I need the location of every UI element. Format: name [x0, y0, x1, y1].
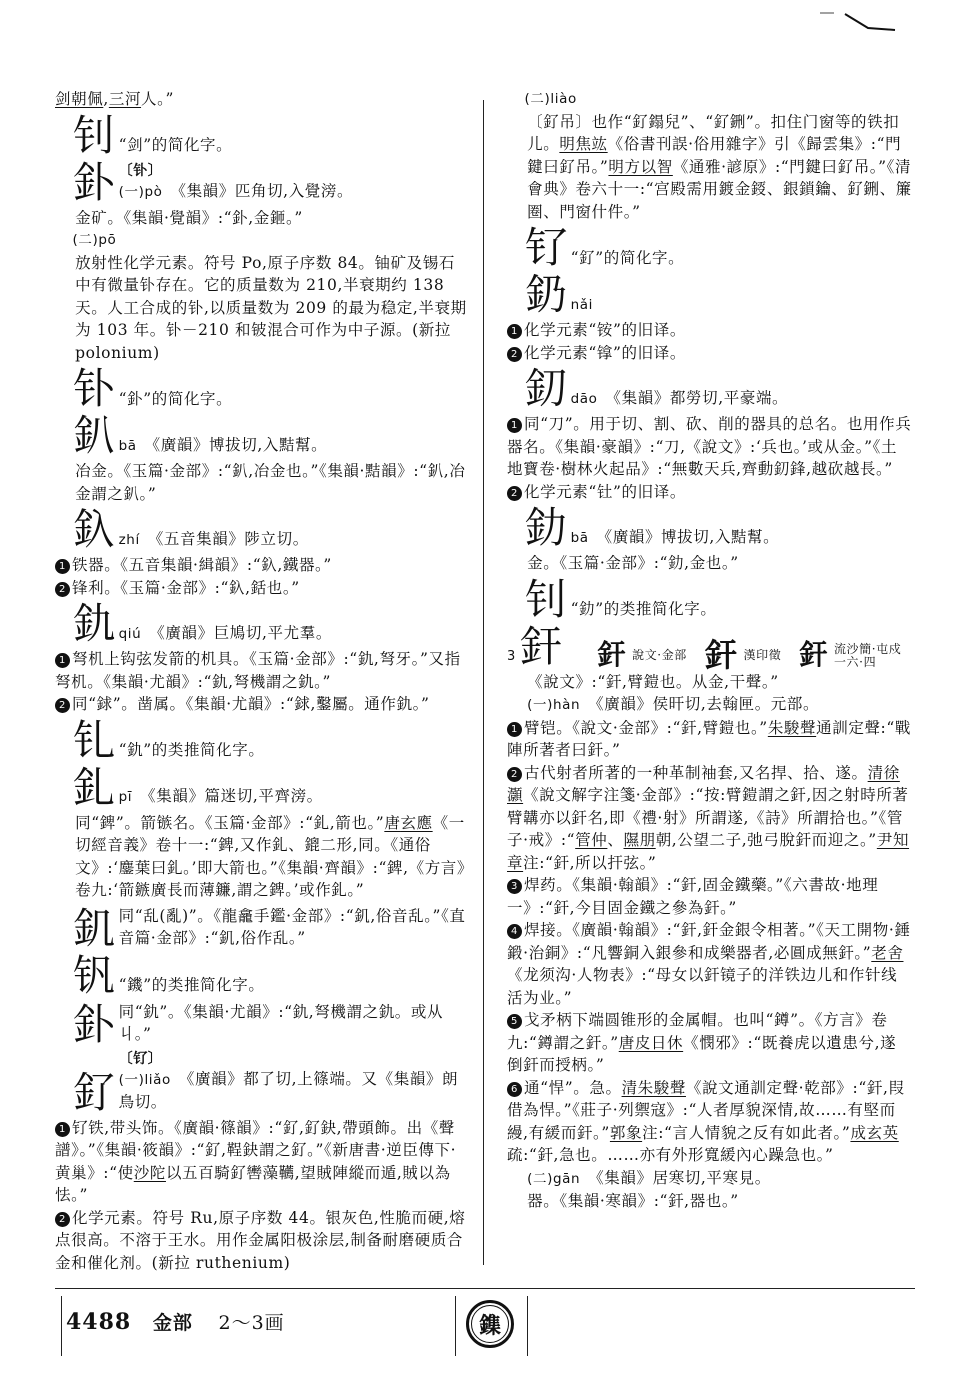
pinyin: (二)liào — [507, 88, 904, 111]
fanqie: 《集韻》居寒切,平寒見。 — [588, 1169, 771, 1187]
headword: 釓 — [73, 766, 116, 810]
headword: 釠 — [73, 907, 116, 951]
pinyin: bā — [571, 530, 589, 546]
seal-character: 鏶 — [479, 1309, 501, 1340]
definition: 放射性化学元素。符号 Po,原子序数 84。铀矿及锡石中有微量钋存在。它的质量数… — [55, 252, 470, 365]
entry-head: 釞 zhí《五音集韻》陟立切。 — [55, 508, 470, 552]
sense-number-icon: 2 — [507, 767, 522, 782]
fanqie: 《集韻》都勞切,平豪端。 — [606, 389, 789, 407]
shuowen-quote: 《說文》:“釬,臂鎧也。从金,干聲。” — [507, 671, 912, 694]
person-name: 明方以智 — [608, 158, 672, 176]
sense-number-icon: 1 — [507, 418, 522, 433]
seal-script-glyph: 釬 — [597, 644, 626, 667]
person-name: 剑朝佩 — [55, 90, 103, 108]
form-source: 漢印徵 — [744, 649, 782, 662]
radical-label: 金部 — [153, 1312, 193, 1334]
sense: 古代射者所著的一种革制袖套,又名捍、拾、遂。 — [524, 764, 868, 782]
sense: 同“刀”。用于切、割、砍、削的器具的总名。也用作兵器名。《集韻·豪韻》:“刀,《… — [507, 415, 911, 478]
sense: 通“悍”。急。 — [524, 1079, 622, 1097]
page-footer: 4488 金部 2～3画 — [66, 1308, 285, 1335]
sense: 同“銶”。凿属。《集韻·尤韻》:“銶,鑿屬。通作釚。” — [72, 695, 429, 713]
entry-head: 釟 bā《廣韻》博拔切,入黠幫。 — [55, 414, 470, 458]
form-source: 流沙簡·屯戍 — [834, 643, 901, 656]
definition: 金矿。《集韻·覺韻》:“釙,金鉔。” — [55, 207, 470, 230]
entry-head: 釕 〔钌〕 (一)liǎo《廣韻》都了切,上篠端。又《集韻》朗鳥切。 — [55, 1050, 470, 1115]
definition: “剑”的简化字。 — [119, 134, 233, 158]
sense-number-icon: 4 — [507, 924, 522, 939]
definition: 金。《玉篇·金部》:“釛,金也。” — [507, 552, 912, 575]
sense-number-icon: 2 — [507, 486, 522, 501]
right-column: (二)liào 〔釕吊〕也作“釕鎉兒”、“釕鉶”。扣住门窗等的铁扣儿。明焦竑《俗… — [507, 88, 912, 1213]
fanqie: 《廣韻》侯旰切,去翰匣。元部。 — [588, 695, 819, 713]
sense: 化学元素“镎”的旧译。 — [524, 344, 686, 362]
pinyin: dāo — [571, 391, 598, 407]
sense: 焊接。《廣韻·翰韻》:“釬,釬金銀令相著。”《天工開物·錘鍛·治銅》:“凡響銅入… — [507, 921, 911, 962]
fanqie: 《五音集韻》陟立切。 — [148, 530, 309, 548]
simplified-form: 〔钋〕 — [119, 162, 354, 180]
person-name: 唐皮日休 — [619, 1034, 683, 1052]
person-name: 老舍 — [871, 944, 903, 962]
entry-head: 3 釬 釬 說文·金部 釬 漢印徵 釬 流沙簡·屯戍 一六·四 — [507, 625, 912, 669]
pinyin: nǎi — [571, 294, 593, 318]
sense-number-icon: 1 — [507, 722, 522, 737]
seal-glyph: 釬 — [705, 644, 738, 667]
headword: 釞 — [73, 508, 116, 552]
person-name: 清朱駿聲 — [622, 1079, 686, 1097]
text: 朝,公望二子,弛弓脫釬而迎之。” — [656, 831, 877, 849]
person-name: 管仲 — [575, 831, 607, 849]
pinyin: (一)hàn — [527, 697, 580, 713]
text: 《龙须沟·人物表》:“母女以釬镜子的洋铁边儿和作针线活为业。” — [507, 966, 897, 1007]
dynasty: 唐 — [384, 814, 400, 832]
form-source: 一六·四 — [834, 656, 901, 669]
stroke-range: 2～3画 — [219, 1312, 285, 1334]
fanqie: 《集韻》匹角切,入覺滂。 — [170, 182, 353, 200]
entry-head: 釛 bā《廣韻》博拔切,入黠幫。 — [507, 506, 912, 550]
headword: 钆 — [73, 719, 116, 763]
entry-head: 釓 pī《集韻》篇迷切,平齊滂。 — [55, 766, 470, 810]
sense-number-icon: 2 — [55, 698, 70, 713]
headword: 釙 — [73, 1003, 116, 1047]
definition: “釛”的类推简化字。 — [571, 598, 717, 622]
headword: 釙 — [73, 161, 116, 205]
sense-number-icon: 2 — [507, 347, 522, 362]
entry-head: 钆 “釚”的类推简化字。 — [55, 719, 470, 763]
definition: “釚”的类推简化字。 — [119, 739, 265, 763]
entry-head: 釢 nǎi — [507, 273, 912, 317]
sense: 臂铠。《說文·金部》:“釬,臂鎧也。” — [524, 719, 768, 737]
person-name: 玄應 — [400, 814, 432, 832]
continued-line: 剑朝佩,三河人。” — [55, 88, 470, 111]
sense: 弩机上钩弦发箭的机具。《玉篇·金部》:“釚,弩牙。”又指弩机。《集韻·尤韻》:“… — [55, 650, 461, 691]
definition: “鐖”的类推简化字。 — [119, 974, 265, 998]
bamboo-slip-glyph: 釬 — [799, 644, 828, 667]
definition: 器。《集韻·寒韻》:“釬,器也。” — [507, 1190, 912, 1213]
entry-head: 钌 “釕”的简化字。 — [507, 226, 912, 270]
fanqie: 《廣韻》巨鳩切,平尤羣。 — [149, 624, 332, 642]
footer-rule — [55, 1288, 915, 1289]
sense-number-icon: 3 — [507, 879, 522, 894]
person-name: 隰朋 — [624, 831, 656, 849]
footer-divider — [527, 1296, 528, 1356]
pinyin: qiú — [119, 626, 142, 642]
headword: 釬 — [520, 625, 563, 669]
sense-number-icon: 6 — [507, 1082, 522, 1097]
fanqie: 《集韻》篇迷切,平齊滂。 — [140, 787, 323, 805]
sense: 化学元素“铵”的旧译。 — [524, 321, 686, 339]
entry-head: 钊 “釛”的类推简化字。 — [507, 578, 912, 622]
sense: 铁器。《五音集韻·緝韻》:“釞,鐵器。” — [72, 556, 332, 574]
entry-head: 釚 qiú《廣韻》巨鳩切,平尤羣。 — [55, 602, 470, 646]
entry-head: 钊 “剑”的简化字。 — [55, 114, 470, 158]
headword: 钒 — [73, 954, 116, 998]
definition: “釕”的简化字。 — [571, 247, 685, 271]
headword: 釢 — [525, 273, 568, 317]
sense-number-icon: 5 — [507, 1014, 522, 1029]
form-source: 說文·金部 — [632, 649, 687, 662]
sense-number-icon: 1 — [507, 324, 522, 339]
person-name: 沙陀 — [134, 1164, 166, 1182]
fanqie: 《廣韻》博拔切,入黠幫。 — [597, 528, 780, 546]
column-divider — [483, 100, 484, 1265]
text: 同“錍”。箭镞名。《玉篇·金部》:“釓,箭也。” — [75, 814, 384, 832]
entry-head: 钒 “鐖”的类推简化字。 — [55, 954, 470, 998]
person-name: 成玄英 — [850, 1124, 898, 1142]
definition: 同“錍”。箭镞名。《玉篇·金部》:“釓,箭也。”唐玄應《一切經音義》卷十一:“錍… — [55, 812, 470, 902]
text: 人。” — [141, 90, 174, 108]
headword: 釛 — [525, 506, 568, 550]
definition: 冶金。《玉篇·金部》:“釟,冶金也。”《集韻·黠韻》:“釟,冶金謂之釟。” — [55, 460, 470, 505]
simplified-form: 〔钌〕 — [119, 1050, 470, 1068]
entry-head: 钋 “釙”的简化字。 — [55, 367, 470, 411]
seal-logo-icon: 鏶 — [466, 1300, 514, 1348]
pinyin: bā — [119, 438, 137, 454]
pinyin: pī — [119, 789, 133, 805]
left-column: 剑朝佩,三河人。” 钊 “剑”的简化字。 釙 〔钋〕 (一)pò《集韻》匹角切,… — [55, 88, 470, 1274]
sense-number-icon: 2 — [55, 1212, 70, 1227]
definition: 同“釚”。《集韻·尤韻》:“釚,弩機謂之釚。或从丩。” — [119, 1001, 470, 1047]
headword: 钋 — [73, 367, 116, 411]
entry-head: 釙 〔钋〕 (一)pò《集韻》匹角切,入覺滂。 — [55, 161, 470, 205]
headword: 釕 — [73, 1071, 116, 1115]
sense-number-icon: 1 — [55, 559, 70, 574]
headword: 釟 — [73, 414, 116, 458]
person-name: 朱駿聲 — [768, 719, 816, 737]
definition: 〔釕吊〕也作“釕鎉兒”、“釕鉶”。扣住门窗等的铁扣儿。明焦竑《俗書刊誤·俗用雜字… — [507, 111, 912, 224]
person-name: 明焦竑 — [559, 135, 607, 153]
entry-head: 釠 同“乱(亂)”。《龍龕手鑑·金部》:“釠,俗音乱。”《直音篇·金部》:“釠,… — [55, 905, 470, 951]
sense: 焊药。《集韻·翰韻》:“釬,固金鐵藥。”《六書故·地理一》:“釬,今目固金鐵之參… — [507, 876, 878, 917]
person-name: 郭象 — [610, 1124, 642, 1142]
scan-artifact-mark — [800, 8, 920, 33]
sense: 锋利。《玉篇·金部》:“釞,銛也。” — [72, 579, 300, 597]
definition: “釙”的简化字。 — [119, 388, 233, 412]
ancient-forms: 釬 說文·金部 釬 漢印徵 釬 流沙簡·屯戍 一六·四 — [579, 643, 901, 669]
stroke-count-mark: 3 — [507, 646, 516, 669]
entry-head: 釙 同“釚”。《集韻·尤韻》:“釚,弩機謂之釚。或从丩。” — [55, 1001, 470, 1047]
entry-head: 釖 dāo《集韻》都勞切,平豪端。 — [507, 367, 912, 411]
headword: 釖 — [525, 367, 568, 411]
pinyin: (一)liǎo — [119, 1072, 171, 1088]
text: 疏:“釬,急也。……亦有外形寬緩內心躁急也。” — [507, 1146, 834, 1164]
pinyin: (二)pō — [55, 229, 462, 252]
definition: 同“乱(亂)”。《龍龕手鑑·金部》:“釠,俗音乱。”《直音篇·金部》:“釠,俗作… — [119, 905, 470, 951]
footer-divider — [61, 1296, 62, 1356]
text: 注:“釬,所以扞弦。” — [523, 854, 656, 872]
footer-divider — [455, 1296, 456, 1356]
pinyin: (二)gān — [527, 1171, 580, 1187]
page-number: 4488 — [66, 1309, 131, 1335]
text: 、 — [607, 831, 623, 849]
text: 注:“言人情貌之反有如此者。” — [642, 1124, 850, 1142]
pinyin: (一)pò — [119, 184, 163, 200]
sense: 化学元素“钍”的旧译。 — [524, 483, 686, 501]
headword: 钌 — [525, 226, 568, 270]
sense-number-icon: 2 — [55, 582, 70, 597]
fanqie: 《廣韻》博拔切,入黠幫。 — [145, 436, 328, 454]
headword: 钊 — [73, 114, 116, 158]
sense: 化学元素。符号 Ru,原子序数 44。银灰色,性脆而硬,熔点很高。不溶于王水。用… — [55, 1209, 465, 1272]
sense-number-icon: 1 — [55, 653, 70, 668]
place-name: 三河 — [109, 90, 141, 108]
pinyin: zhí — [119, 532, 140, 548]
sense-number-icon: 1 — [55, 1122, 70, 1137]
headword: 釚 — [73, 602, 116, 646]
headword: 钊 — [525, 578, 568, 622]
